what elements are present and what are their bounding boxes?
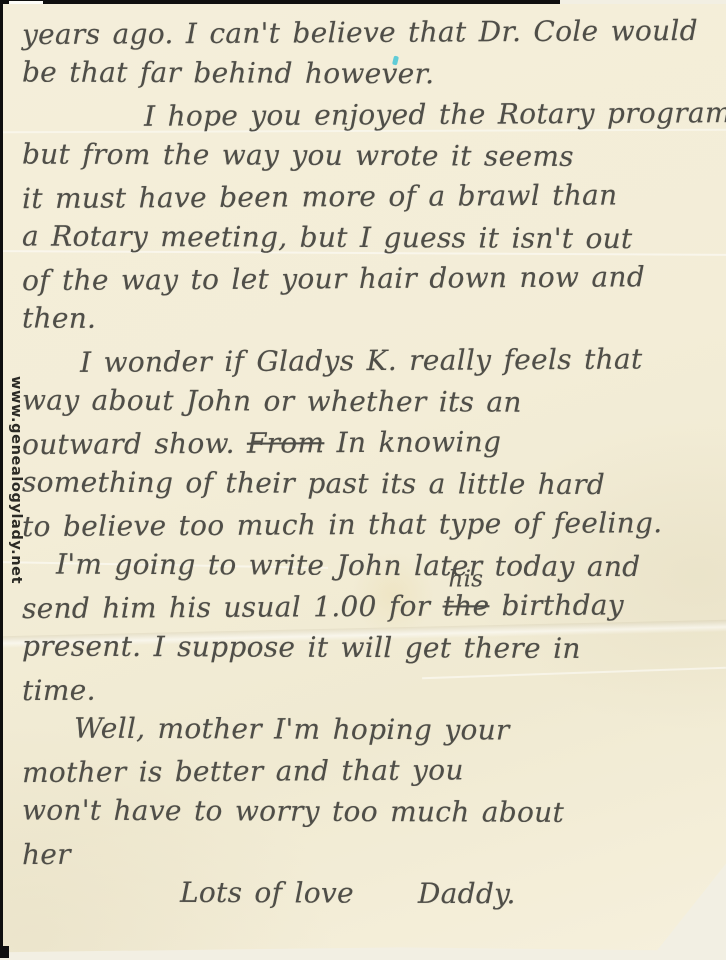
letter-text: but from the way you wrote it seems <box>22 137 574 172</box>
letter-line: it must have been more of a brawl than <box>22 174 710 219</box>
letter-text: send him his usual 1.00 for <box>22 590 443 626</box>
letter-line: Lots of loveDaddy. <box>180 872 710 915</box>
letter-text: In knowing <box>324 425 501 459</box>
letter-text: Well, mother I'm hoping your <box>74 712 510 747</box>
inserted-word: his <box>448 568 483 591</box>
letter-line: won't have to worry too much about <box>22 789 710 833</box>
letter-line: but from the way you wrote it seems <box>22 133 710 177</box>
letter-line: something of their past its a little har… <box>22 461 710 505</box>
letter-line: her <box>22 830 710 875</box>
letter-line: then. <box>22 297 710 341</box>
letter-line: a Rotary meeting, but I guess it isn't o… <box>22 215 710 259</box>
scan-edge-gap <box>9 1 43 4</box>
letter-line: mother is better and that you <box>22 748 710 793</box>
scan-edge-top <box>0 0 560 4</box>
letter-line: to believe too much in that type of feel… <box>22 502 710 547</box>
letter-text: Lots of love <box>180 876 354 910</box>
letter-line: of the way to let your hair down now and <box>22 256 710 301</box>
letter-text: to believe too much in that type of feel… <box>22 506 663 543</box>
scan-edge-left <box>0 0 3 958</box>
letter-page: www.genealogylady.net years ago. I can't… <box>2 4 726 956</box>
letter-line: years ago. I can't believe that Dr. Cole… <box>22 10 710 55</box>
letter-text: her <box>22 838 71 871</box>
letter-text: something of their past its a little har… <box>22 465 605 501</box>
letter-text: mother is better and that you <box>22 753 464 789</box>
letter-line: I hope you enjoyed the Rotary program <box>144 92 710 136</box>
letter-line: outward show. From In knowing <box>22 420 710 465</box>
letter-text: be that far behind however. <box>22 55 434 90</box>
letter-text: I hope you enjoyed the Rotary program <box>144 96 726 133</box>
scan-edge-corner <box>0 946 9 958</box>
letter-text: then. <box>22 301 96 334</box>
letter-text: won't have to worry too much about <box>22 793 564 828</box>
letter-line: way about John or whether its an <box>22 379 710 423</box>
letter-text: I'm going to write John later today and <box>56 548 641 584</box>
letter-line: time. <box>22 666 710 711</box>
letter-line: send him his usual 1.00 for histhe birth… <box>22 584 710 629</box>
scanned-letter: www.genealogylady.net years ago. I can't… <box>0 0 726 960</box>
struck-word: the <box>443 589 490 622</box>
letter-text: I wonder if Gladys K. really feels that <box>80 342 643 378</box>
letter-text: present. I suppose it will get there in <box>22 629 581 664</box>
letter-text: of the way to let your hair down now and <box>22 260 645 297</box>
letter-line: present. I suppose it will get there in <box>22 625 710 669</box>
letter-text: a Rotary meeting, but I guess it isn't o… <box>22 219 633 255</box>
letter-text: Daddy. <box>418 877 516 910</box>
letter-text: outward show. <box>22 427 247 461</box>
letter-text: time. <box>22 674 96 707</box>
letter-text: way about John or whether its an <box>22 383 522 418</box>
letter-text: birthday <box>489 588 624 622</box>
letter-body: years ago. I can't believe that Dr. Cole… <box>22 12 710 914</box>
letter-text: years ago. I can't believe that Dr. Cole… <box>22 14 698 51</box>
letter-line: be that far behind however. <box>22 51 710 95</box>
letter-line: I wonder if Gladys K. really feels that <box>80 338 710 383</box>
correction: histhe <box>443 585 490 626</box>
letter-line: Well, mother I'm hoping your <box>74 708 710 752</box>
struck-word: From <box>247 426 325 459</box>
letter-line: I'm going to write John later today and <box>56 544 710 588</box>
letter-text: it must have been more of a brawl than <box>22 178 618 215</box>
